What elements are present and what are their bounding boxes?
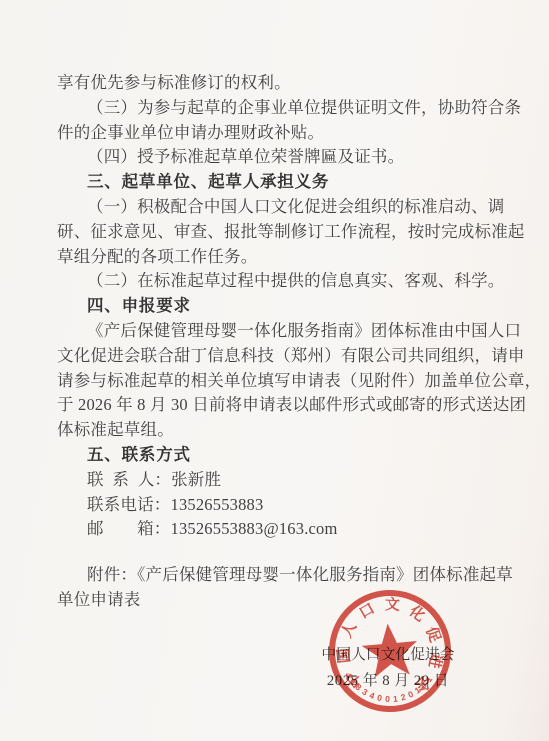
text-line: 于 2026 年 8 月 30 日前将申请表以邮件形式或邮寄的形式送达团 (57, 393, 512, 418)
section-heading: 四、申报要求 (57, 294, 512, 319)
seal-ring-char: 进 (424, 650, 444, 670)
text-line: 文化促进会联合甜丁信息科技（郑州）有限公司共同组织，请申 (57, 344, 512, 369)
seal-ring-char: 国 (336, 646, 355, 665)
seal-serial-digit: 1 (391, 693, 400, 704)
official-seal: 中国人口文化促进会 1010210043804 (321, 582, 460, 721)
text-line: 邮 箱：13526553883@163.com (57, 517, 512, 542)
text-line: 体标准起草组。 (57, 418, 512, 443)
text-line: 《产后保健管理母婴一体化服务指南》团体标准由中国人口 (57, 319, 512, 344)
text-line: 享有优先参与标准修订的权利。 (57, 71, 512, 96)
text-line: 联 系 人：张新胜 (57, 468, 512, 493)
document-body: 享有优先参与标准修订的权利。（三）为参与起草的企事业单位提供证明文件，协助符合条… (57, 71, 512, 613)
text-line: 件的企事业单位申请办理财政补贴。 (57, 121, 512, 146)
section-heading: 三、起草单位、起草人承担义务 (57, 170, 512, 195)
seal-serial-digit: 0 (383, 694, 392, 704)
seal-ring-char: 文 (383, 597, 401, 615)
text-line: （四）授予标准起草单位荣誉牌匾及证书。 (57, 145, 512, 170)
text-line: 研、征求意见、审查、报批等制修订工作流程，按时完成标准起 (57, 220, 512, 245)
text-line: 草组分配的各项工作任务。 (57, 245, 512, 270)
text-line: （一）积极配合中国人口文化促进会组织的标准启动、调 (57, 195, 512, 220)
text-line: 附件：《产后保健管理母婴一体化服务指南》团体标准起草 (57, 563, 512, 588)
text-line: （二）在标准起草过程中提供的信息真实、客观、科学。 (57, 269, 512, 294)
section-heading: 五、联系方式 (57, 443, 512, 468)
document-page: 享有优先参与标准修订的权利。（三）为参与起草的企事业单位提供证明文件，协助符合条… (0, 0, 549, 741)
text-line: 联系电话：13526553883 (57, 493, 512, 518)
star-icon (355, 616, 424, 685)
text-line: 请参与标准起草的相关单位填写申请表（见附件）加盖单位公章， (57, 369, 512, 394)
text-line: （三）为参与起草的企事业单位提供证明文件，协助符合条 (57, 96, 512, 121)
